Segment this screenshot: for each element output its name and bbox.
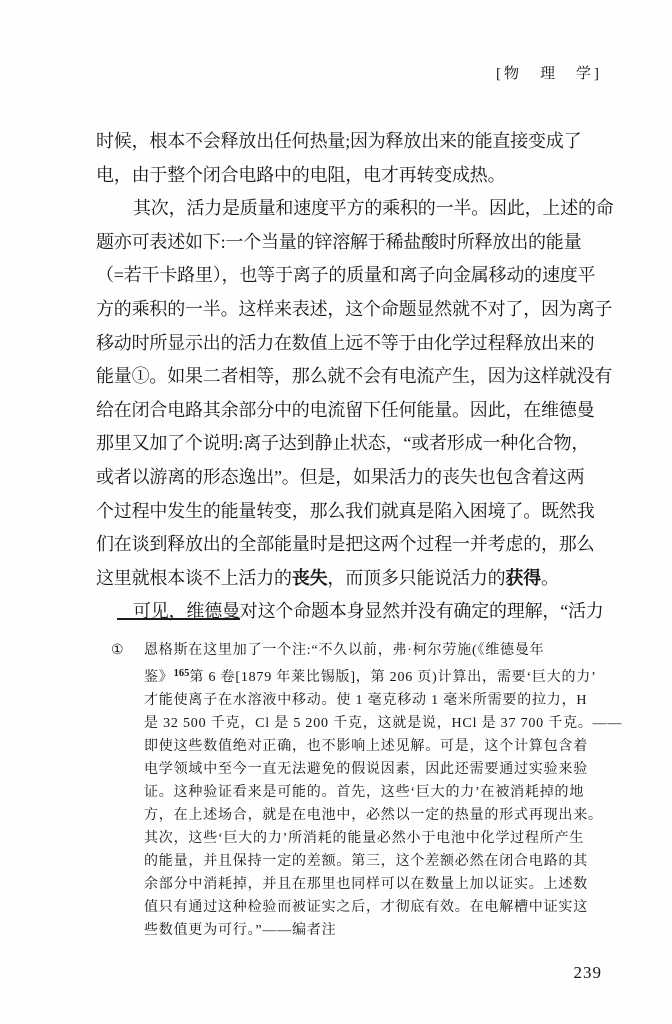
text-line: 题亦可表述如下:一个当量的锌溶解于稀盐酸时所释放出的能量: [96, 226, 602, 260]
text-line: 们在谈到释放出的全部能量时是把这两个过程一并考虑的，那么: [96, 528, 602, 562]
text-line: 恩格斯在这里加了一个注:“不久以前，弗·柯尔劳施(《维德曼年: [144, 639, 592, 662]
running-head: [物 理 学]: [496, 62, 602, 83]
text-line: 个过程中发生的能量转变，那么我们就真是陷入困境了。既然我: [96, 495, 602, 529]
text-line: 证。这种验证看来是可能的。首先，这些‘巨大的力’在被消耗掉的地: [144, 781, 592, 804]
footnote-text: 恩格斯在这里加了一个注:“不久以前，弗·柯尔劳施(《维德曼年鉴》165第 6 卷…: [144, 639, 592, 942]
text-line: 余部分中消耗掉，并且在那里也同样可以在数量上加以证实。上述数: [144, 873, 592, 896]
text-line: 方的乘积的一半。这样来表述，这个命题显然就不对了，因为离子: [96, 293, 602, 327]
body-text: 时候，根本不会释放出任何热量;因为释放出来的能直接变成了电，由于整个闭合电路中的…: [96, 125, 602, 629]
footnote-marker: ①: [111, 639, 124, 662]
text-line: 其次，活力是质量和速度平方的乘积的一半。因此，上述的命: [96, 192, 602, 226]
text-line: 值只有通过这种检验而被证实之后，才彻底有效。在电解槽中证实这: [144, 896, 592, 919]
text-line: 是 32 500 千克，Cl 是 5 200 千克，这就是说，HCl 是 37 …: [144, 712, 592, 735]
text-line: 才能使离子在水溶液中移动。使 1 毫克移动 1 毫米所需要的拉力，H: [144, 689, 592, 712]
book-page: [物 理 学] 时候，根本不会释放出任何热量;因为释放出来的能直接变成了电，由于…: [0, 0, 672, 1024]
text-line: 方，在上述场合，就是在电池中，必然以一定的热量的形式再现出来。: [144, 804, 592, 827]
text-line: 能量①。如果二者相等，那么就不会有电流产生，因为这样就没有: [96, 360, 602, 394]
footnote-block: ① 恩格斯在这里加了一个注:“不久以前，弗·柯尔劳施(《维德曼年鉴》165第 6…: [144, 639, 592, 942]
text-line: 或者以游离的形态逸出”。但是，如果活力的丧失也包含着这两: [96, 461, 602, 495]
text-line: 给在闭合电路其余部分中的电流留下任何能量。因此，在维德曼: [96, 394, 602, 428]
text-line: 那里又加了个说明:离子达到静止状态，“或者形成一种化合物，: [96, 427, 602, 461]
text-line: 其次，这些‘巨大的力’所消耗的能量必然小于电池中化学过程所产生: [144, 827, 592, 850]
text-line: 鉴》165第 6 卷[1879 年莱比锡版]，第 206 页)计算出，需要‘巨大…: [144, 662, 592, 689]
text-line: 时候，根本不会释放出任何热量;因为释放出来的能直接变成了: [96, 125, 602, 159]
page-number: 239: [574, 963, 603, 983]
text-line: 这里就根本谈不上活力的丧失，而顶多只能说活力的获得。: [96, 562, 602, 596]
text-line: 可见，维德曼对这个命题本身显然并没有确定的理解，“活力: [96, 595, 602, 629]
footnote-separator: [117, 618, 240, 620]
text-line: 电学领域中至今一直无法避免的假说因素，因此还需要通过实验来验: [144, 758, 592, 781]
text-line: 电，由于整个闭合电路中的电阻，电才再转变成热。: [96, 159, 602, 193]
text-line: 移动时所显示出的活力在数值上远不等于由化学过程释放出来的: [96, 327, 602, 361]
text-line: 些数值更为可行。”——编者注: [144, 919, 592, 942]
text-line: 即使这些数值绝对正确，也不影响上述见解。可是，这个计算包含着: [144, 735, 592, 758]
text-line: （=若干卡路里），也等于离子的质量和离子向金属移动的速度平: [96, 259, 602, 293]
text-line: 的能量，并且保持一定的差额。第三，这个差额必然在闭合电路的其: [144, 850, 592, 873]
